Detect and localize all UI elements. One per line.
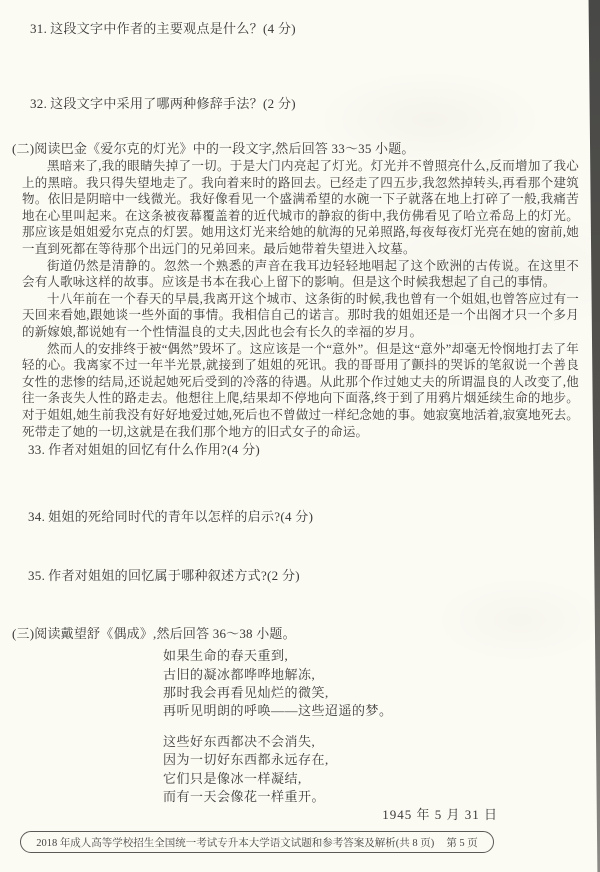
poem-line: 它们只是像冰一样凝结, (163, 770, 600, 788)
question-33-number: 33. (28, 442, 45, 457)
question-31-number: 31. (30, 21, 47, 36)
poem-line: 这些好东西都决不会消失, (163, 733, 600, 751)
poem-line: 那时我会再看见灿烂的微笑, (163, 684, 600, 702)
exam-paper-page: 31.这段文字中作者的主要观点是什么？(4 分) 32.这段文字中采用了哪两种修… (0, 0, 600, 872)
question-35-number: 35. (28, 568, 45, 583)
question-31-score: (4 分) (263, 21, 296, 36)
poem: 如果生命的春天重到, 古旧的凝冰都哗哗地解冻, 那时我会再看见灿烂的微笑, 再听… (163, 647, 600, 806)
question-32-number: 32. (30, 96, 47, 111)
passage-paragraph-1: 黑暗来了,我的眼睛失掉了一切。于是大门内亮起了灯光。灯光并不曾照亮什么,反而增加… (22, 158, 579, 258)
question-32-text: 这段文字中采用了哪两种修辞手法？ (50, 96, 263, 111)
passage-paragraph-2: 街道仍然是清静的。忽然一个熟悉的声音在我耳边轻轻地唱起了这个欧洲的古传说。在这里… (22, 258, 579, 291)
question-33: 33.作者对姐姐的回忆有什么作用?(4 分) (28, 441, 600, 459)
footer-page-number: 第 5 页 (446, 835, 478, 850)
question-34: 34.姐姐的死给同时代的青年以怎样的启示?(4 分) (28, 508, 600, 526)
section-three-header: (三)阅读戴望舒《偶成》,然后回答 36～38 小题。 (12, 625, 600, 643)
question-31: 31.这段文字中作者的主要观点是什么？(4 分) (30, 20, 600, 38)
question-32-score: (2 分) (263, 96, 296, 111)
poem-stanza-1: 如果生命的春天重到, 古旧的凝冰都哗哗地解冻, 那时我会再看见灿烂的微笑, 再听… (163, 647, 600, 721)
page-footer: 2018 年成人高等学校招生全国统一考试专升本大学语文试题和参考答案及解析(共 … (20, 831, 494, 853)
question-35-score: (2 分) (267, 568, 300, 583)
question-35: 35.作者对姐姐的回忆属于哪种叙述方式?(2 分) (28, 567, 600, 585)
question-31-text: 这段文字中作者的主要观点是什么？ (50, 21, 263, 36)
page-content: 31.这段文字中作者的主要观点是什么？(4 分) 32.这段文字中采用了哪两种修… (0, 0, 600, 824)
poem-line: 再听见明朗的呼唤——这些迢遥的梦。 (163, 702, 600, 720)
passage-paragraph-4: 然而人的安排终于被“偶然”毁坏了。这应该是一个“意外”。但是这“意外”却毫无怜悯… (22, 341, 579, 441)
section-two-header: (二)阅读巴金《爱尔克的灯光》中的一段文字,然后回答 33～35 小题。 (12, 140, 600, 158)
footer-title: 2018 年成人高等学校招生全国统一考试专升本大学语文试题和参考答案及解析(共 … (36, 835, 434, 850)
poem-line: 如果生命的春天重到, (163, 647, 600, 665)
poem-date: 1945 年 5 月 31 日 (0, 806, 600, 824)
question-32: 32.这段文字中采用了哪两种修辞手法？(2 分) (30, 95, 600, 113)
question-34-score: (4 分) (280, 509, 313, 524)
question-34-number: 34. (28, 509, 45, 524)
poem-line: 因为一切好东西都永远存在, (163, 751, 600, 769)
poem-line: 古旧的凝冰都哗哗地解冻, (163, 666, 600, 684)
passage-paragraph-3: 十八年前在一个春天的早晨,我离开这个城市、这条街的时候,我也曾有一个姐姐,也曾答… (22, 291, 579, 341)
question-34-text: 姐姐的死给同时代的青年以怎样的启示? (48, 509, 280, 524)
question-33-text: 作者对姐姐的回忆有什么作用? (48, 442, 227, 457)
poem-line: 而有一天会像花一样重开。 (163, 788, 600, 806)
poem-stanza-2: 这些好东西都决不会消失, 因为一切好东西都永远存在, 它们只是像冰一样凝结, 而… (163, 733, 600, 807)
question-33-score: (4 分) (227, 442, 260, 457)
reading-passage: 黑暗来了,我的眼睛失掉了一切。于是大门内亮起了灯光。灯光并不曾照亮什么,反而增加… (22, 158, 579, 440)
question-35-text: 作者对姐姐的回忆属于哪种叙述方式? (48, 568, 267, 583)
